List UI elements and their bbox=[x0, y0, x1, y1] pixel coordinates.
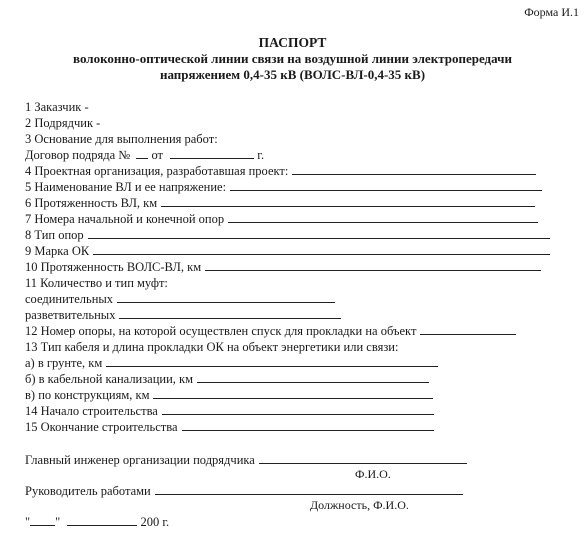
field-line-length-label: 6 Протяженность ВЛ, км bbox=[25, 196, 157, 210]
field-cable-duct-label: б) в кабельной канализации, км bbox=[25, 372, 193, 386]
field-cable-duct: б) в кабельной канализации, км bbox=[25, 371, 429, 387]
date-day-blank[interactable] bbox=[30, 514, 55, 526]
field-cable-type: 13 Тип кабеля и длина прокладки ОК на об… bbox=[25, 339, 398, 355]
signature-chief-engineer: Главный инженер организации подрядчика bbox=[25, 452, 467, 468]
signature-work-manager-caption: Должность, Ф.И.О. bbox=[310, 497, 409, 513]
field-support-numbers-label: 7 Номера начальной и конечной опор bbox=[25, 212, 224, 226]
field-cable-brand: 9 Марка ОК bbox=[25, 243, 550, 259]
field-descent-support-label: 12 Номер опоры, на которой осуществлен с… bbox=[25, 324, 416, 338]
field-cable-structures-label: в) по конструкциям, км bbox=[25, 388, 149, 402]
field-fol-length: 10 Протяженность ВОЛС-ВЛ, км bbox=[25, 259, 541, 275]
field-construction-start-label: 14 Начало строительства bbox=[25, 404, 158, 418]
field-cable-brand-blank[interactable] bbox=[93, 243, 550, 255]
field-couplings: 11 Количество и тип муфт: bbox=[25, 275, 168, 291]
signature-work-manager-blank[interactable] bbox=[155, 483, 463, 495]
field-couplings-joint-label: соединительных bbox=[25, 292, 113, 306]
date-month-blank[interactable] bbox=[67, 514, 137, 526]
field-support-numbers-blank[interactable] bbox=[228, 211, 538, 223]
field-line-length: 6 Протяженность ВЛ, км bbox=[25, 195, 535, 211]
field-line-name: 5 Наименование ВЛ и ее напряжение: bbox=[25, 179, 542, 195]
field-couplings-branch-blank[interactable] bbox=[119, 307, 341, 319]
field-contractor: 2 Подрядчик - bbox=[25, 115, 100, 131]
field-couplings-joint: соединительных bbox=[25, 291, 335, 307]
field-construction-start-blank[interactable] bbox=[162, 403, 434, 415]
field-design-org: 4 Проектная организация, разработавшая п… bbox=[25, 163, 536, 179]
field-couplings-branch-label: разветвительных bbox=[25, 308, 115, 322]
contract-date-blank[interactable] bbox=[170, 147, 254, 159]
field-fol-length-blank[interactable] bbox=[205, 259, 541, 271]
field-cable-duct-blank[interactable] bbox=[197, 371, 429, 383]
contract-from-label: от bbox=[151, 148, 163, 162]
field-couplings-label: 11 Количество и тип муфт: bbox=[25, 276, 168, 290]
signature-work-manager-label: Руководитель работами bbox=[25, 484, 151, 498]
field-construction-end: 15 Окончание строительства bbox=[25, 419, 434, 435]
signature-chief-engineer-blank[interactable] bbox=[259, 452, 467, 464]
field-cable-ground-blank[interactable] bbox=[106, 355, 438, 367]
document-title: ПАСПОРТ bbox=[0, 35, 585, 51]
field-construction-start: 14 Начало строительства bbox=[25, 403, 434, 419]
field-line-name-label: 5 Наименование ВЛ и ее напряжение: bbox=[25, 180, 226, 194]
signature-chief-engineer-caption: Ф.И.О. bbox=[355, 466, 391, 482]
field-line-name-blank[interactable] bbox=[230, 179, 542, 191]
field-line-length-blank[interactable] bbox=[161, 195, 535, 207]
field-descent-support-blank[interactable] bbox=[420, 323, 516, 335]
contract-number-blank[interactable] bbox=[136, 147, 148, 159]
field-cable-ground: а) в грунте, км bbox=[25, 355, 438, 371]
field-support-type: 8 Тип опор bbox=[25, 227, 550, 243]
field-descent-support: 12 Номер опоры, на которой осуществлен с… bbox=[25, 323, 516, 339]
date-year: 200 г. bbox=[140, 515, 169, 529]
field-support-numbers: 7 Номера начальной и конечной опор bbox=[25, 211, 538, 227]
field-couplings-branch: разветвительных bbox=[25, 307, 341, 323]
field-construction-end-label: 15 Окончание строительства bbox=[25, 420, 178, 434]
field-design-org-label: 4 Проектная организация, разработавшая п… bbox=[25, 164, 288, 178]
field-support-type-blank[interactable] bbox=[88, 227, 550, 239]
field-cable-structures-blank[interactable] bbox=[153, 387, 433, 399]
field-couplings-joint-blank[interactable] bbox=[117, 291, 335, 303]
contract-prefix-label: Договор подряда № bbox=[25, 148, 130, 162]
form-code: Форма И.1 bbox=[524, 4, 579, 20]
field-contract: Договор подряда № от г. bbox=[25, 147, 264, 163]
field-cable-ground-label: а) в грунте, км bbox=[25, 356, 102, 370]
field-customer-label: 1 Заказчик - bbox=[25, 100, 89, 114]
signature-chief-engineer-label: Главный инженер организации подрядчика bbox=[25, 453, 255, 467]
field-cable-structures: в) по конструкциям, км bbox=[25, 387, 433, 403]
field-support-type-label: 8 Тип опор bbox=[25, 228, 84, 242]
field-contractor-label: 2 Подрядчик - bbox=[25, 116, 100, 130]
document-subtitle-line2: напряжением 0,4-35 кВ (ВОЛС-ВЛ-0,4-35 кВ… bbox=[0, 67, 585, 83]
document-subtitle-line1: волоконно-оптической линии связи на возд… bbox=[0, 51, 585, 67]
field-basis-label: 3 Основание для выполнения работ: bbox=[25, 132, 218, 146]
field-design-org-blank[interactable] bbox=[292, 163, 536, 175]
field-construction-end-blank[interactable] bbox=[182, 419, 434, 431]
date-quote-close: " bbox=[55, 515, 60, 529]
field-cable-type-label: 13 Тип кабеля и длина прокладки ОК на об… bbox=[25, 340, 398, 354]
contract-year-suffix: г. bbox=[257, 148, 264, 162]
field-customer: 1 Заказчик - bbox=[25, 99, 89, 115]
field-basis: 3 Основание для выполнения работ: bbox=[25, 131, 218, 147]
field-fol-length-label: 10 Протяженность ВОЛС-ВЛ, км bbox=[25, 260, 201, 274]
field-cable-brand-label: 9 Марка ОК bbox=[25, 244, 89, 258]
signature-date: "" 200 г. bbox=[25, 514, 169, 530]
